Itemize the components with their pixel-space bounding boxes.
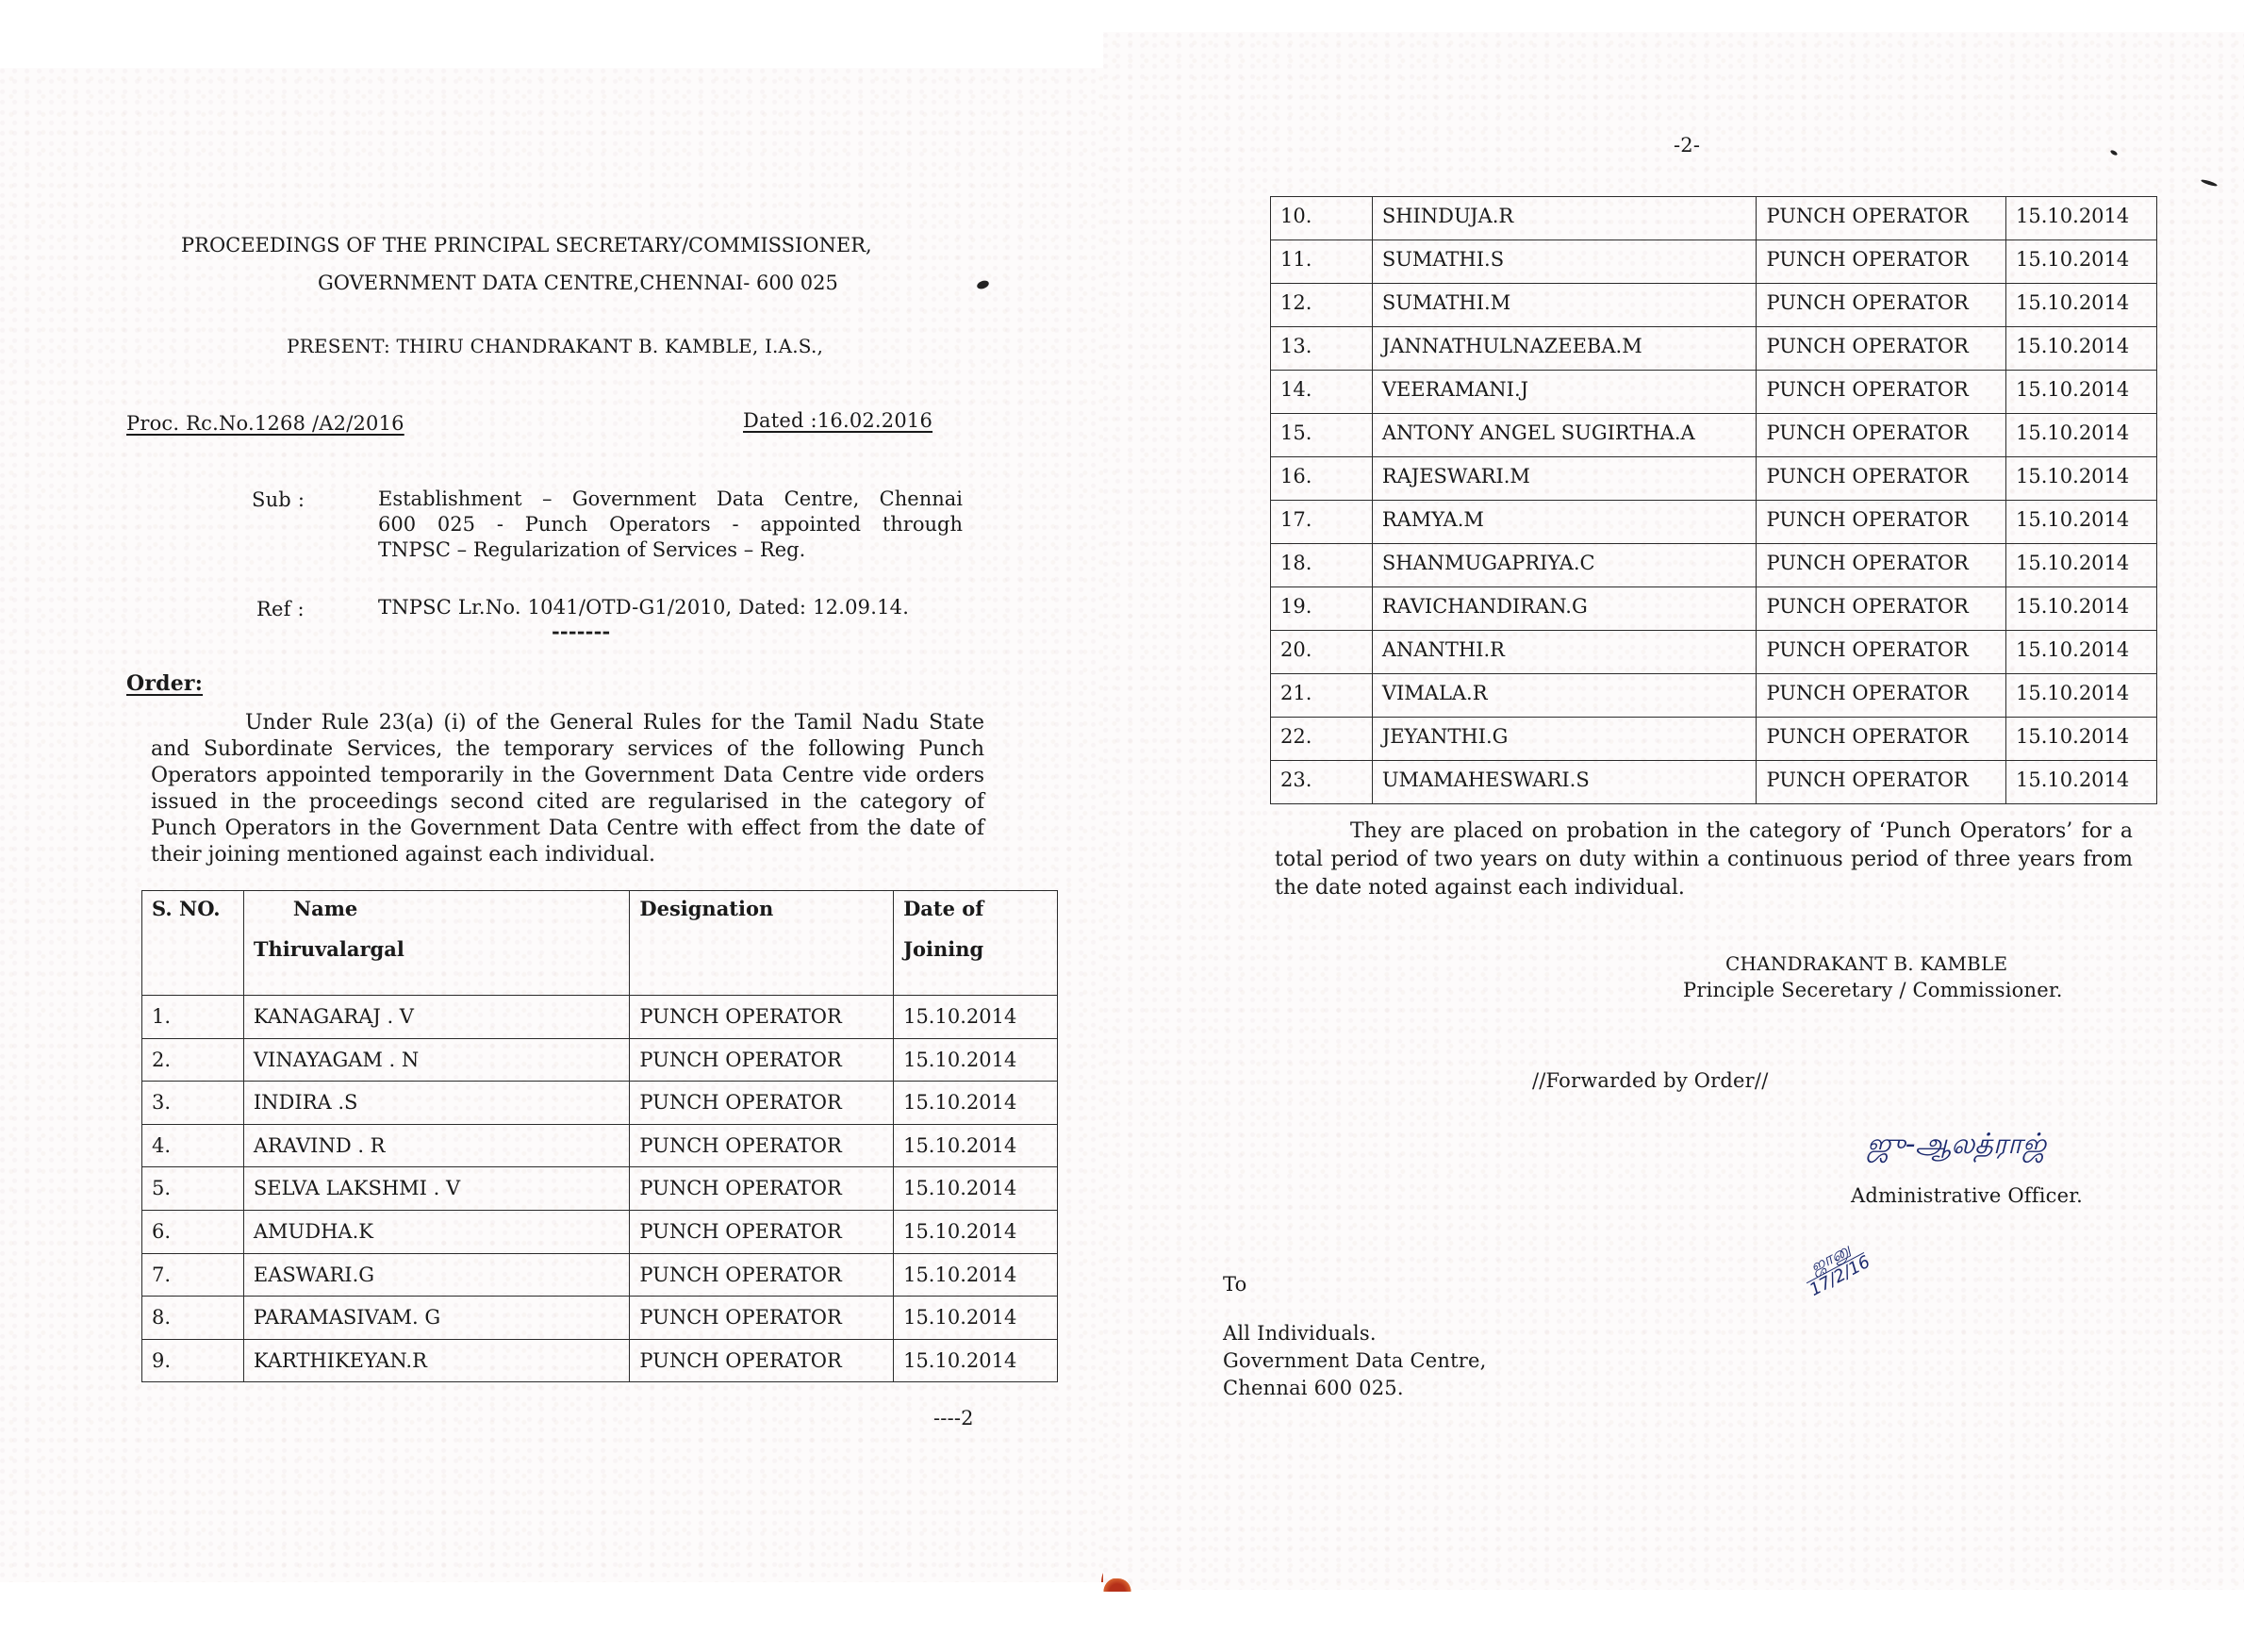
present-line: PRESENT: THIRU CHANDRAKANT B. KAMBLE, I.… (287, 335, 823, 357)
header-line-1: PROCEEDINGS OF THE PRINCIPAL SECRETARY/C… (181, 234, 872, 256)
reference-text: TNPSC Lr.No. 1041/OTD-G1/2010, Dated: 12… (378, 596, 909, 619)
page-2: -2- 10.SHINDUJA.RPUNCH OPERATOR15.10.201… (1103, 32, 2244, 1590)
date-of-joining-cell: 15.10.2014 (2006, 371, 2157, 414)
serial-number-cell: 13. (1271, 327, 1373, 371)
table-row: 3.INDIRA .SPUNCH OPERATOR15.10.2014 (142, 1082, 1058, 1125)
order-heading: Order: (126, 671, 203, 696)
name-cell: VEERAMANI.J (1372, 371, 1757, 414)
serial-number-cell: 2. (142, 1038, 244, 1082)
date-of-joining-cell: 15.10.2014 (894, 1339, 1058, 1382)
designation-cell: PUNCH OPERATOR (630, 1038, 894, 1082)
address-block: All Individuals. Government Data Centre,… (1223, 1320, 1486, 1402)
serial-number-cell: 18. (1271, 544, 1373, 587)
table-row: 14.VEERAMANI.JPUNCH OPERATOR15.10.2014 (1271, 371, 2157, 414)
table-row: 17.RAMYA.MPUNCH OPERATOR15.10.2014 (1271, 501, 2157, 544)
page-number: -2- (1674, 134, 1700, 157)
punch-operators-table-part-2: 10.SHINDUJA.RPUNCH OPERATOR15.10.201411.… (1270, 196, 2157, 804)
serial-number-cell: 19. (1271, 587, 1373, 631)
designation-cell: PUNCH OPERATOR (1757, 197, 2006, 240)
serial-number-cell: 11. (1271, 240, 1373, 284)
serial-number-cell: 20. (1271, 631, 1373, 674)
date-of-joining-cell: 15.10.2014 (2006, 761, 2157, 804)
designation-cell: PUNCH OPERATOR (630, 1082, 894, 1125)
serial-number-cell: 3. (142, 1082, 244, 1125)
date-of-joining-cell: 15.10.2014 (894, 1167, 1058, 1211)
name-cell: RAMYA.M (1372, 501, 1757, 544)
serial-number-cell: 23. (1271, 761, 1373, 804)
serial-number-cell: 9. (142, 1339, 244, 1382)
name-cell: SELVA LAKSHMI . V (243, 1167, 629, 1211)
date-of-joining-cell: 15.10.2014 (2006, 631, 2157, 674)
table-row: 23.UMAMAHESWARI.SPUNCH OPERATOR15.10.201… (1271, 761, 2157, 804)
serial-number-cell: 7. (142, 1253, 244, 1297)
name-cell: KANAGARAJ . V (243, 996, 629, 1039)
name-cell: RAVICHANDIRAN.G (1372, 587, 1757, 631)
table-row: 9.KARTHIKEYAN.RPUNCH OPERATOR15.10.2014 (142, 1339, 1058, 1382)
date-of-joining-cell: 15.10.2014 (894, 996, 1058, 1039)
table-row: 21.VIMALA.RPUNCH OPERATOR15.10.2014 (1271, 674, 2157, 718)
date-of-joining-cell: 15.10.2014 (2006, 414, 2157, 457)
ink-mark (2201, 178, 2218, 187)
name-cell: ANTONY ANGEL SUGIRTHA.A (1372, 414, 1757, 457)
name-cell: INDIRA .S (243, 1082, 629, 1125)
signatory-name: CHANDRAKANT B. KAMBLE (1725, 952, 2007, 975)
serial-number-cell: 6. (142, 1210, 244, 1253)
name-cell: UMAMAHESWARI.S (1372, 761, 1757, 804)
serial-number-cell: 21. (1271, 674, 1373, 718)
serial-number-cell: 22. (1271, 718, 1373, 761)
subject-line: Establishment – Government Data Centre, … (378, 487, 963, 512)
designation-cell: PUNCH OPERATOR (1757, 414, 2006, 457)
forwarded-by-order: //Forwarded by Order// (1532, 1069, 1768, 1092)
address-line: All Individuals. (1223, 1320, 1486, 1347)
table-row: 10.SHINDUJA.RPUNCH OPERATOR15.10.2014 (1271, 197, 2157, 240)
name-cell: SHANMUGAPRIYA.C (1372, 544, 1757, 587)
ink-dot (976, 279, 990, 290)
initials-and-date: ஜானு 17/2/16 (1797, 1235, 1873, 1300)
designation-cell: PUNCH OPERATOR (1757, 327, 2006, 371)
serial-number-cell: 17. (1271, 501, 1373, 544)
serial-number-cell: 4. (142, 1124, 244, 1167)
punch-operators-table-part-1: S. NO. NameThiruvalargal Designation Dat… (141, 890, 1058, 1382)
probation-paragraph: They are placed on probation in the cate… (1275, 818, 2133, 902)
designation-cell: PUNCH OPERATOR (1757, 544, 2006, 587)
table-row: 18.SHANMUGAPRIYA.CPUNCH OPERATOR15.10.20… (1271, 544, 2157, 587)
designation-cell: PUNCH OPERATOR (1757, 587, 2006, 631)
serial-number-cell: 10. (1271, 197, 1373, 240)
designation-cell: PUNCH OPERATOR (630, 1210, 894, 1253)
address-line: Chennai 600 025. (1223, 1375, 1486, 1402)
serial-number-cell: 12. (1271, 284, 1373, 327)
table-row: 2.VINAYAGAM . NPUNCH OPERATOR15.10.2014 (142, 1038, 1058, 1082)
subject-line: TNPSC – Regularization of Services – Reg… (378, 537, 963, 563)
date-of-joining-cell: 15.10.2014 (2006, 457, 2157, 501)
dated: Dated :16.02.2016 (743, 409, 932, 432)
name-cell: SUMATHI.S (1372, 240, 1757, 284)
name-cell: EASWARI.G (243, 1253, 629, 1297)
designation-cell: PUNCH OPERATOR (630, 1253, 894, 1297)
table-row: 5.SELVA LAKSHMI . VPUNCH OPERATOR15.10.2… (142, 1167, 1058, 1211)
designation-cell: PUNCH OPERATOR (1757, 240, 2006, 284)
serial-number-cell: 8. (142, 1297, 244, 1340)
table-row: 20.ANANTHI.RPUNCH OPERATOR15.10.2014 (1271, 631, 2157, 674)
order-paragraph: Under Rule 23(a) (i) of the General Rule… (151, 710, 984, 868)
date-of-joining-cell: 15.10.2014 (894, 1297, 1058, 1340)
designation-cell: PUNCH OPERATOR (1757, 674, 2006, 718)
designation-cell: PUNCH OPERATOR (1757, 631, 2006, 674)
subject-text: Establishment – Government Data Centre, … (378, 487, 963, 563)
signatory-title: Principle Seceretary / Commissioner. (1683, 979, 2063, 1001)
date-of-joining-cell: 15.10.2014 (894, 1210, 1058, 1253)
name-cell: ANANTHI.R (1372, 631, 1757, 674)
designation-cell: PUNCH OPERATOR (630, 996, 894, 1039)
date-of-joining-cell: 15.10.2014 (2006, 718, 2157, 761)
table-row: 8.PARAMASIVAM. GPUNCH OPERATOR15.10.2014 (142, 1297, 1058, 1340)
address-line: Government Data Centre, (1223, 1347, 1486, 1375)
designation-cell: PUNCH OPERATOR (630, 1339, 894, 1382)
designation-cell: PUNCH OPERATOR (1757, 371, 2006, 414)
designation-cell: PUNCH OPERATOR (630, 1124, 894, 1167)
date-of-joining-cell: 15.10.2014 (2006, 674, 2157, 718)
designation-cell: PUNCH OPERATOR (1757, 501, 2006, 544)
date-of-joining-cell: 15.10.2014 (2006, 587, 2157, 631)
date-of-joining-cell: 15.10.2014 (894, 1253, 1058, 1297)
to-label: To (1223, 1273, 1246, 1296)
subject-line: 600 025 - Punch Operators - appointed th… (378, 512, 963, 537)
name-cell: PARAMASIVAM. G (243, 1297, 629, 1340)
column-header-date-of-joining: Date ofJoining (894, 891, 1058, 996)
designation-cell: PUNCH OPERATOR (630, 1167, 894, 1211)
designation-cell: PUNCH OPERATOR (1757, 457, 2006, 501)
proceedings-number: Proc. Rc.No.1268 /A2/2016 (126, 412, 404, 435)
date-of-joining-cell: 15.10.2014 (894, 1038, 1058, 1082)
serial-number-cell: 1. (142, 996, 244, 1039)
scan-stain (1103, 1578, 1131, 1592)
name-cell: SUMATHI.M (1372, 284, 1757, 327)
date-of-joining-cell: 15.10.2014 (894, 1082, 1058, 1125)
table-row: 6.AMUDHA.KPUNCH OPERATOR15.10.2014 (142, 1210, 1058, 1253)
header-line-2: GOVERNMENT DATA CENTRE,CHENNAI- 600 025 (318, 272, 838, 294)
table-header-row: S. NO. NameThiruvalargal Designation Dat… (142, 891, 1058, 996)
name-cell: JANNATHULNAZEEBA.M (1372, 327, 1757, 371)
name-cell: JEYANTHI.G (1372, 718, 1757, 761)
officer-title: Administrative Officer. (1851, 1184, 2083, 1207)
order-paragraph-text: Under Rule 23(a) (i) of the General Rule… (151, 711, 984, 867)
table-row: 15.ANTONY ANGEL SUGIRTHA.APUNCH OPERATOR… (1271, 414, 2157, 457)
name-cell: VIMALA.R (1372, 674, 1757, 718)
table-row: 1.KANAGARAJ . VPUNCH OPERATOR15.10.2014 (142, 996, 1058, 1039)
table-row: 12.SUMATHI.MPUNCH OPERATOR15.10.2014 (1271, 284, 2157, 327)
name-cell: VINAYAGAM . N (243, 1038, 629, 1082)
designation-cell: PUNCH OPERATOR (1757, 718, 2006, 761)
name-cell: KARTHIKEYAN.R (243, 1339, 629, 1382)
separator: ------- (552, 619, 610, 643)
serial-number-cell: 14. (1271, 371, 1373, 414)
ink-mark (2110, 149, 2119, 156)
serial-number-cell: 15. (1271, 414, 1373, 457)
date-of-joining-cell: 15.10.2014 (894, 1124, 1058, 1167)
serial-number-cell: 5. (142, 1167, 244, 1211)
date-of-joining-cell: 15.10.2014 (2006, 327, 2157, 371)
table-row: 13.JANNATHULNAZEEBA.MPUNCH OPERATOR15.10… (1271, 327, 2157, 371)
designation-cell: PUNCH OPERATOR (1757, 761, 2006, 804)
serial-number-cell: 16. (1271, 457, 1373, 501)
table-row: 11.SUMATHI.SPUNCH OPERATOR15.10.2014 (1271, 240, 2157, 284)
date-of-joining-cell: 15.10.2014 (2006, 240, 2157, 284)
probation-paragraph-text: They are placed on probation in the cate… (1275, 819, 2133, 900)
ref-label: Ref : (256, 598, 305, 620)
column-header-name: NameThiruvalargal (243, 891, 629, 996)
designation-cell: PUNCH OPERATOR (630, 1297, 894, 1340)
name-cell: AMUDHA.K (243, 1210, 629, 1253)
handwritten-signature: ஜு-ஆலத்ராஜ் (1867, 1128, 2046, 1165)
table-row: 16.RAJESWARI.MPUNCH OPERATOR15.10.2014 (1271, 457, 2157, 501)
page-1: PROCEEDINGS OF THE PRINCIPAL SECRETARY/C… (0, 68, 1103, 1582)
column-header-sno: S. NO. (142, 891, 244, 996)
continued-marker: ----2 (933, 1407, 974, 1429)
table-row: 4.ARAVIND . RPUNCH OPERATOR15.10.2014 (142, 1124, 1058, 1167)
table-row: 7.EASWARI.GPUNCH OPERATOR15.10.2014 (142, 1253, 1058, 1297)
date-of-joining-cell: 15.10.2014 (2006, 544, 2157, 587)
designation-cell: PUNCH OPERATOR (1757, 284, 2006, 327)
date-of-joining-cell: 15.10.2014 (2006, 284, 2157, 327)
table-row: 22.JEYANTHI.GPUNCH OPERATOR15.10.2014 (1271, 718, 2157, 761)
name-cell: SHINDUJA.R (1372, 197, 1757, 240)
sub-label: Sub : (252, 488, 305, 511)
column-header-designation: Designation (630, 891, 894, 996)
date-of-joining-cell: 15.10.2014 (2006, 197, 2157, 240)
table-row: 19.RAVICHANDIRAN.GPUNCH OPERATOR15.10.20… (1271, 587, 2157, 631)
date-of-joining-cell: 15.10.2014 (2006, 501, 2157, 544)
name-cell: RAJESWARI.M (1372, 457, 1757, 501)
name-cell: ARAVIND . R (243, 1124, 629, 1167)
